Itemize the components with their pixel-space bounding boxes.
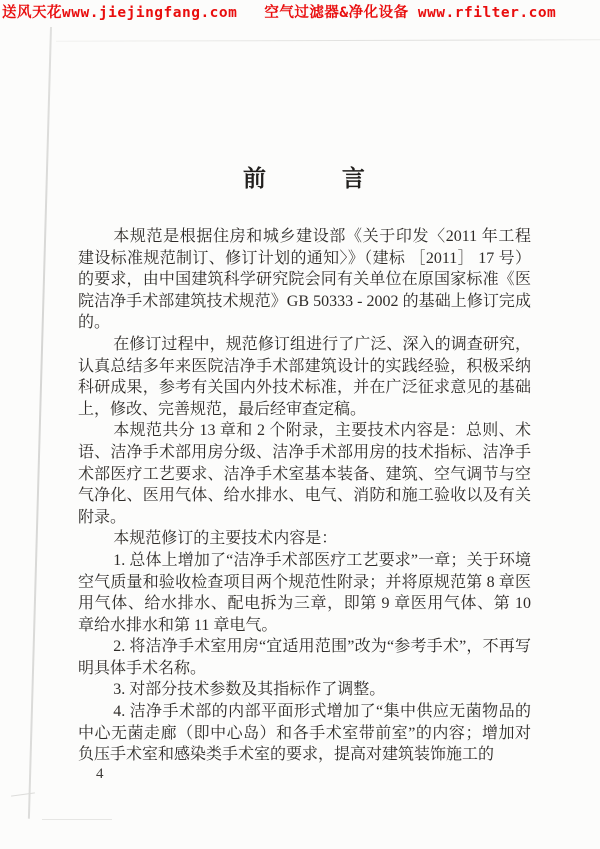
paragraph: 在修订过程中，规范修订组进行了广泛、深入的调查研究，认真总结多年来医院洁净手术部… [78,334,531,420]
paragraph: 本规范修订的主要技术内容是： [78,528,531,550]
watermark-header: 送风天花www.jiejingfang.com空气过滤器&净化设备 www.rf… [2,1,556,22]
paragraph: 本规范是根据住房和城乡建设部《关于印发〈2011 年工程建设标准规范制订、修订计… [78,226,531,334]
scan-smudge [42,819,112,820]
body-text: 本规范是根据住房和城乡建设部《关于印发〈2011 年工程建设标准规范制订、修订计… [78,226,531,766]
paragraph: 本规范共分 13 章和 2 个附录，主要技术内容是：总则、术语、洁净手术部用房分… [78,420,531,528]
scan-smudge [11,792,35,797]
paragraph: 4. 洁净手术部的内部平面形式增加了“集中供应无菌物品的中心无菌走廊（即中心岛）… [78,701,531,766]
paragraph: 2. 将洁净手术室用房“宜适用范围”改为“参考手术”，不再写明具体手术名称。 [78,636,531,679]
page-title: 前 言 [78,160,530,193]
watermark-right-text: 空气过滤器&净化设备 www.rfilter.com [264,5,556,21]
paragraph: 3. 对部分技术参数及其指标作了调整。 [78,679,531,701]
watermark-left-text: 送风天花www.jiejingfang.com [2,5,237,21]
paragraph: 1. 总体上增加了“洁净手术部医疗工艺要求”一章；关于环境空气质量和验收检查项目… [78,550,531,636]
scan-edge-vertical-line [28,27,52,819]
page-number: 4 [96,766,104,783]
scan-edge-horizontal-line [56,39,600,42]
scanned-page: 送风天花www.jiejingfang.com空气过滤器&净化设备 www.rf… [0,0,600,849]
